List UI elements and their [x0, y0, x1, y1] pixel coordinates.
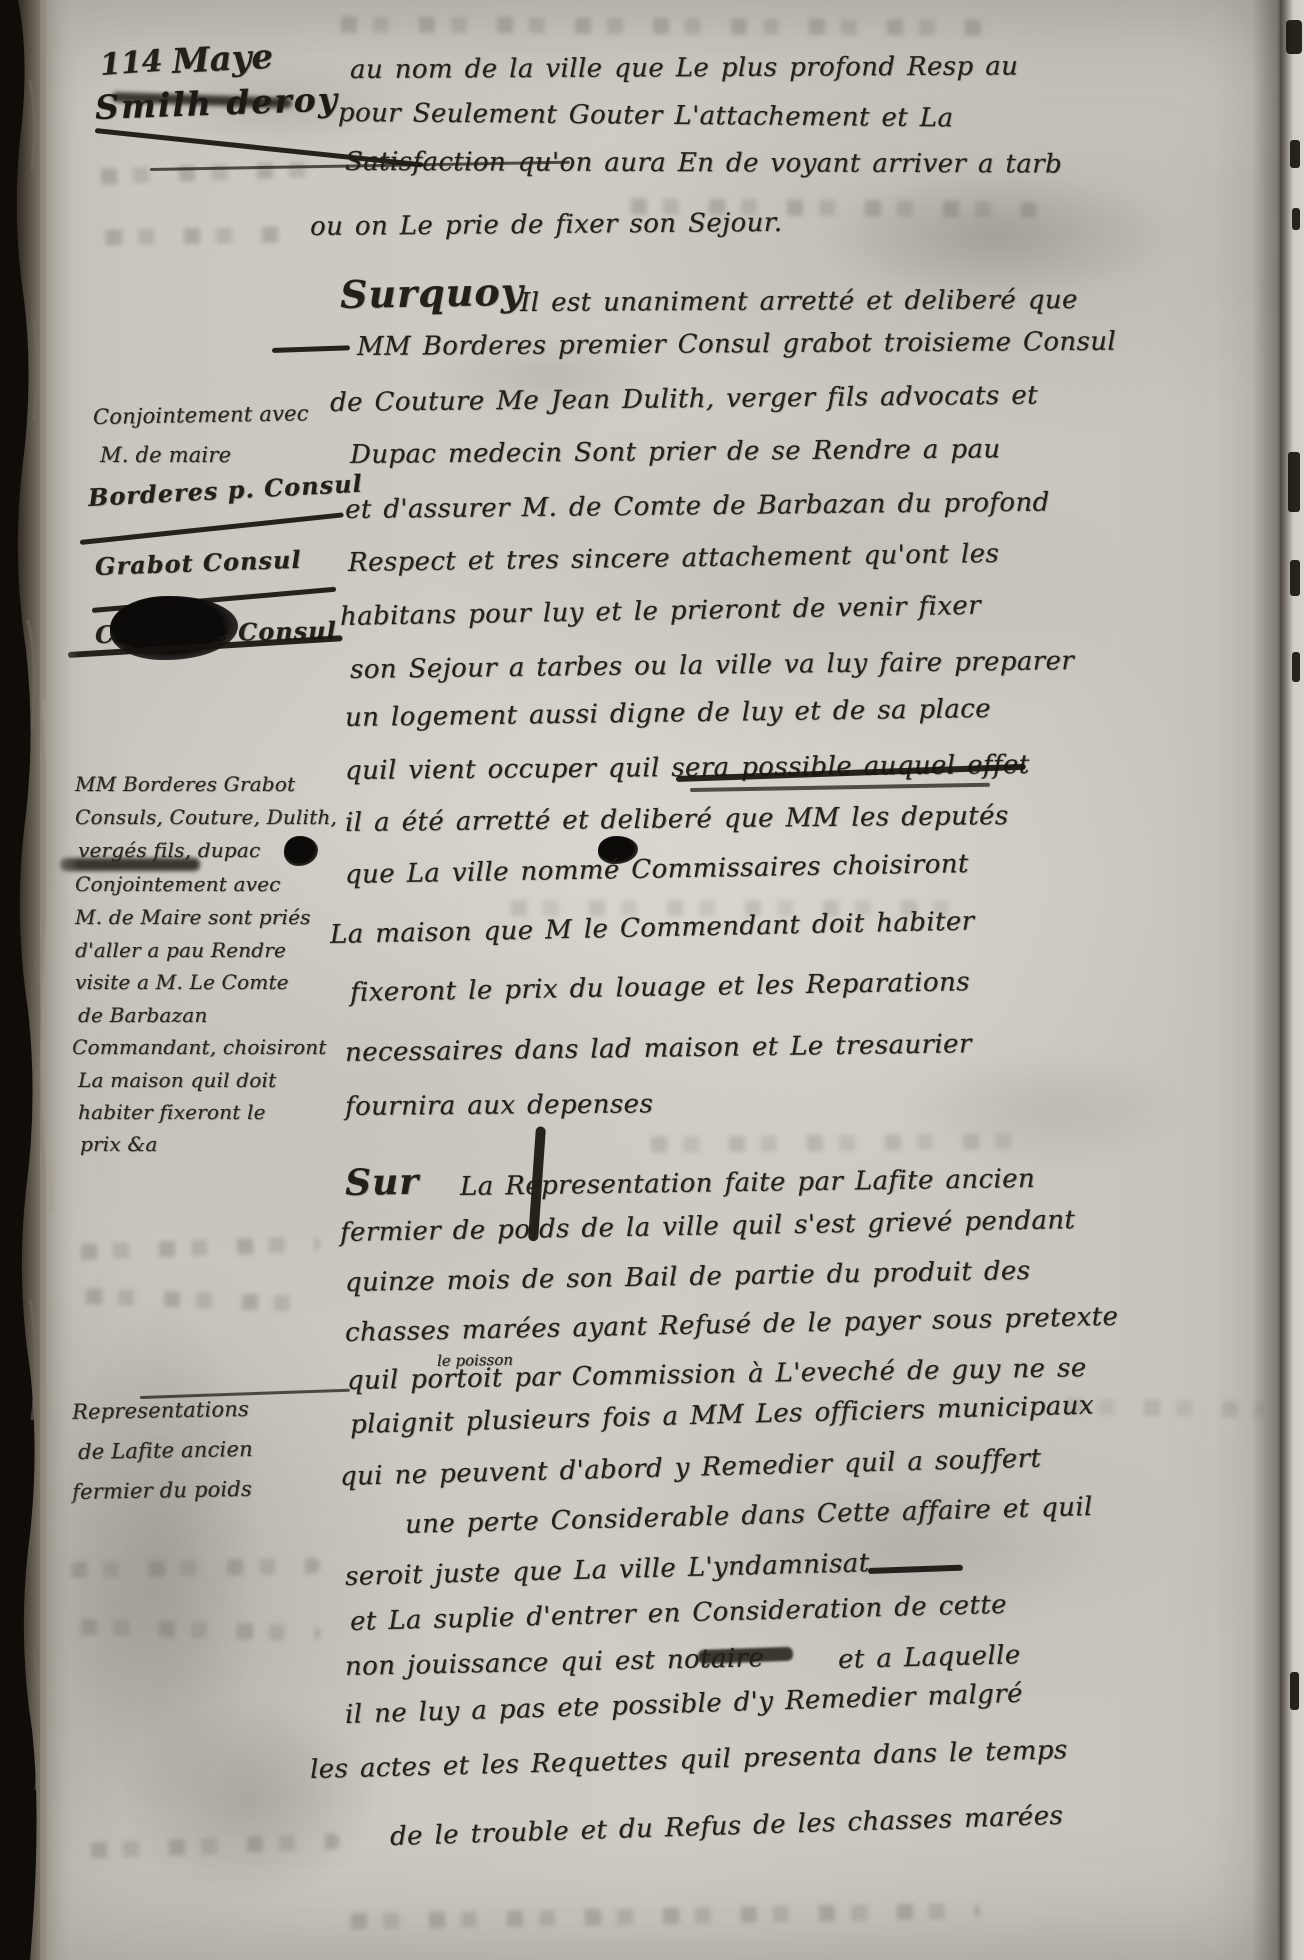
body-line: fermier de poids de la ville quil s'est … — [340, 1205, 1076, 1248]
body-line: son Sejour a tarbes ou la ville va luy f… — [350, 646, 1075, 685]
facing-page-ink-mark — [1292, 652, 1300, 682]
binding-edge — [0, 0, 78, 1960]
margin-note-representations-line: fermier du poids — [72, 1477, 252, 1504]
margin-note-conjointement-line: M. de maire — [100, 443, 231, 467]
margin-note-deputation-line: visite a M. Le Comte — [75, 970, 289, 994]
body-line: habitans pour luy et le prieront de veni… — [340, 591, 981, 632]
ink-smear — [60, 858, 200, 871]
margin-note-deputation-line: La maison quil doit — [78, 1068, 276, 1092]
body-line: Il est unaniment arretté et deliberé que — [520, 285, 1078, 318]
signature-flourish — [80, 512, 344, 545]
bleedthrough-streak — [90, 161, 320, 185]
body-line: ou on Le prie de fixer son Sejour. — [310, 208, 783, 242]
facing-page-ink-mark — [1292, 208, 1300, 230]
bleedthrough-streak — [330, 16, 990, 35]
margin-note-deputation-line: de Barbazan — [78, 1003, 207, 1027]
signature-borderes: Borderes p. Consul — [87, 469, 363, 512]
bleedthrough-streak — [95, 226, 295, 245]
facing-page-edge — [1280, 0, 1304, 1960]
body-line: chasses marées ayant Refusé de le payer … — [345, 1302, 1119, 1348]
body-line: fournira aux depenses — [345, 1089, 653, 1122]
paper-stain — [900, 1050, 1200, 1170]
manuscript-page: 114 Maye Smilh deroy au nom de la ville … — [0, 0, 1304, 1960]
paragraph-lead: Sur — [345, 1161, 420, 1204]
facing-page-ink-mark — [1290, 1672, 1299, 1710]
margin-note-deputation-line: Conjointement avec — [75, 872, 281, 896]
bleedthrough-streak — [75, 1288, 315, 1312]
body-line: plaignit plusieurs fois a MM Les officie… — [350, 1391, 1095, 1440]
body-line: La maison que M le Commendant doit habit… — [330, 907, 975, 950]
ink-scribble — [698, 1647, 793, 1664]
body-line: les actes et les Requettes quil presenta… — [310, 1735, 1068, 1785]
ink-stroke — [272, 345, 350, 353]
margin-note-deputation-line: Commandant, choisiront — [72, 1035, 327, 1059]
folio-annotation: Maye — [171, 37, 274, 82]
body-line: il a été arretté et deliberé que MM les … — [345, 801, 1009, 838]
margin-note-deputation-line: habiter fixeront le — [78, 1100, 266, 1124]
facing-page-ink-mark — [1290, 140, 1300, 168]
margin-note-deputation-line: prix &a — [80, 1132, 158, 1156]
page-crease-shadow — [1252, 0, 1282, 1960]
ink-blot — [284, 836, 318, 866]
body-line: fixeront le prix du louage et les Repara… — [350, 967, 970, 1008]
facing-page-ink-mark — [1290, 560, 1300, 596]
paragraph-lead: Surquoy — [340, 269, 524, 317]
margin-note-conjointement-line: Conjointement avec — [93, 401, 309, 429]
margin-note-deputation-line: MM Borderes Grabot — [75, 772, 295, 796]
body-line: necessaires dans lad maison et Le tresau… — [345, 1029, 972, 1068]
body-line: que La ville nommé Commissaires choisiro… — [345, 849, 969, 890]
margin-note-deputation-line: Consuls, Couture, Dulith, — [75, 805, 337, 829]
body-line: Satisfaction qu'on aura En de voyant arr… — [345, 147, 1062, 180]
folio-number: 114 — [99, 44, 164, 83]
margin-note-representations-line: de Lafite ancien — [78, 1437, 253, 1464]
strikethrough-stroke — [690, 783, 990, 792]
margin-note-deputation-line: d'aller a pau Rendre — [75, 938, 286, 962]
margin-note-deputation-line: M. de Maire sont priés — [75, 905, 311, 929]
body-line: au nom de la ville que Le plus profond R… — [350, 52, 1018, 85]
bleedthrough-streak — [70, 1236, 320, 1261]
body-line: quinze mois de son Bail de partie du pro… — [345, 1256, 1031, 1298]
body-line: de le trouble et du Refus de les chasses… — [390, 1801, 1064, 1852]
body-line: il ne luy a pas ete possible d'y Remedie… — [345, 1679, 1024, 1730]
bleedthrough-streak — [340, 1902, 980, 1929]
body-line: Respect et tres sincere attachement qu'o… — [348, 539, 1000, 578]
body-line: et d'assurer M. de Comte de Barbazan du … — [345, 488, 1050, 525]
margin-note-representations-line: Representations — [72, 1397, 249, 1424]
body-line: La Representation faite par Lafite ancie… — [460, 1164, 1036, 1202]
body-line: et a Laquelle — [838, 1640, 1021, 1675]
facing-page-ink-mark — [1286, 20, 1302, 54]
signature-grabot: Grabot Consul — [94, 545, 301, 581]
body-line: pour Seulement Gouter L'attachement et L… — [338, 98, 954, 133]
body-line: Dupac medecin Sont prier de se Rendre a … — [350, 434, 1001, 470]
facing-page-ink-mark — [1288, 452, 1300, 512]
body-line: de Couture Me Jean Dulith, verger fils a… — [330, 381, 1038, 418]
paper-stain — [60, 1300, 260, 1820]
paper-stain — [820, 170, 1180, 300]
body-line: un logement aussi digne de luy et de sa … — [345, 694, 991, 733]
body-line: MM Borderes premier Consul grabot troisi… — [357, 327, 1116, 362]
